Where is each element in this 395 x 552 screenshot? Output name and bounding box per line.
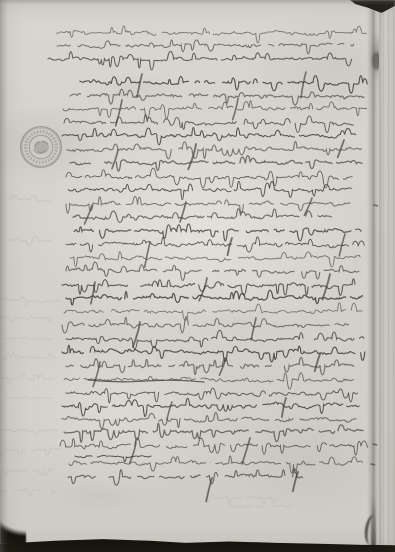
script-stroke bbox=[75, 455, 151, 461]
script-stroke bbox=[64, 423, 363, 442]
script-stroke bbox=[62, 279, 355, 296]
script-stroke bbox=[69, 456, 362, 473]
handwriting-layer bbox=[0, 0, 395, 552]
script-stroke bbox=[7, 397, 53, 399]
script-stroke bbox=[242, 438, 250, 464]
script-stroke bbox=[3, 469, 54, 476]
script-stroke bbox=[84, 205, 92, 224]
page-top-edge-shadow bbox=[0, 0, 395, 5]
script-stroke bbox=[4, 337, 52, 340]
script-stroke bbox=[2, 374, 53, 383]
script-stroke bbox=[315, 354, 320, 371]
script-stroke bbox=[0, 448, 61, 456]
manuscript-scan-background bbox=[0, 0, 395, 552]
script-stroke bbox=[62, 317, 349, 333]
script-stroke bbox=[137, 74, 142, 97]
script-stroke bbox=[228, 238, 232, 255]
script-stroke bbox=[64, 115, 353, 133]
script-stroke bbox=[68, 469, 303, 485]
script-stroke bbox=[66, 237, 364, 252]
script-stroke bbox=[322, 274, 330, 300]
script-stroke bbox=[205, 495, 277, 504]
script-stroke bbox=[66, 388, 358, 403]
script-stroke bbox=[70, 89, 364, 105]
script-stroke bbox=[66, 330, 364, 349]
script-stroke bbox=[2, 429, 58, 435]
script-stroke bbox=[73, 209, 331, 223]
script-stroke bbox=[57, 26, 367, 43]
script-stroke bbox=[130, 442, 136, 463]
script-stroke bbox=[66, 357, 354, 375]
script-stroke bbox=[67, 141, 362, 158]
script-stroke bbox=[206, 478, 212, 502]
page-left-edge-shadow bbox=[0, 0, 8, 552]
script-stroke bbox=[2, 298, 60, 306]
script-stroke bbox=[233, 98, 238, 120]
script-stroke bbox=[74, 224, 361, 241]
script-stroke bbox=[301, 72, 306, 98]
script-stroke bbox=[116, 100, 122, 126]
script-stroke bbox=[338, 140, 344, 157]
script-stroke bbox=[145, 242, 150, 267]
script-stroke bbox=[0, 353, 56, 359]
script-stroke bbox=[188, 144, 196, 169]
script-stroke bbox=[66, 262, 359, 280]
script-stroke bbox=[230, 505, 290, 508]
script-stroke bbox=[66, 168, 359, 188]
script-stroke bbox=[57, 40, 354, 54]
script-stroke bbox=[62, 127, 356, 144]
script-stroke bbox=[64, 303, 362, 321]
script-stroke bbox=[251, 318, 256, 340]
script-stroke bbox=[62, 412, 356, 428]
script-stroke bbox=[68, 181, 351, 199]
script-stroke bbox=[62, 398, 359, 416]
script-stroke bbox=[70, 252, 360, 267]
script-stroke bbox=[60, 438, 367, 455]
script-stroke bbox=[5, 237, 51, 245]
script-stroke bbox=[66, 290, 363, 305]
script-stroke bbox=[167, 402, 172, 420]
fore-edge-pages bbox=[379, 0, 395, 552]
script-stroke bbox=[8, 195, 52, 202]
script-stroke bbox=[63, 101, 367, 119]
script-stroke bbox=[48, 51, 352, 69]
script-stroke bbox=[293, 472, 298, 491]
